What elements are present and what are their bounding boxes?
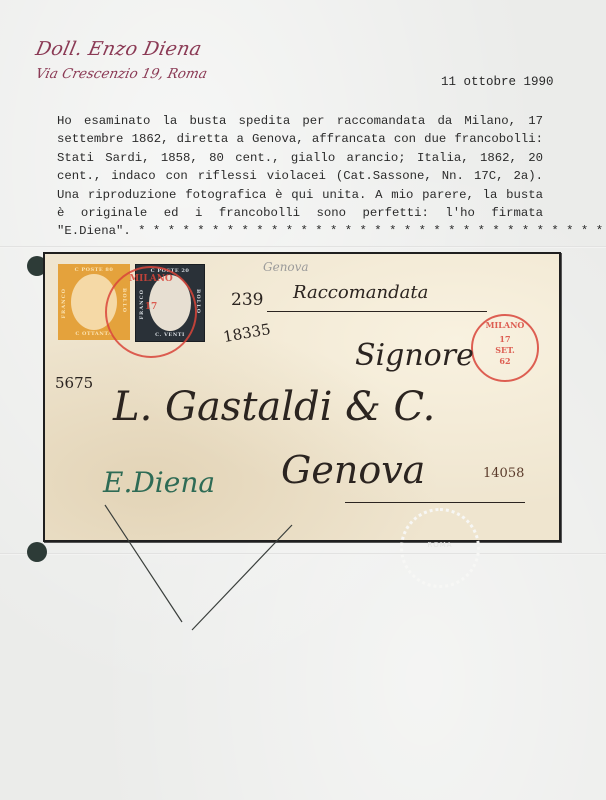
embossed-seal: ROMA <box>400 508 480 588</box>
emboss-text: ROMA <box>403 541 477 549</box>
certificate-page: Doll. Enzo Diena Via Crescenzio 19, Roma… <box>0 0 606 800</box>
signature-tail-stroke <box>0 0 606 800</box>
